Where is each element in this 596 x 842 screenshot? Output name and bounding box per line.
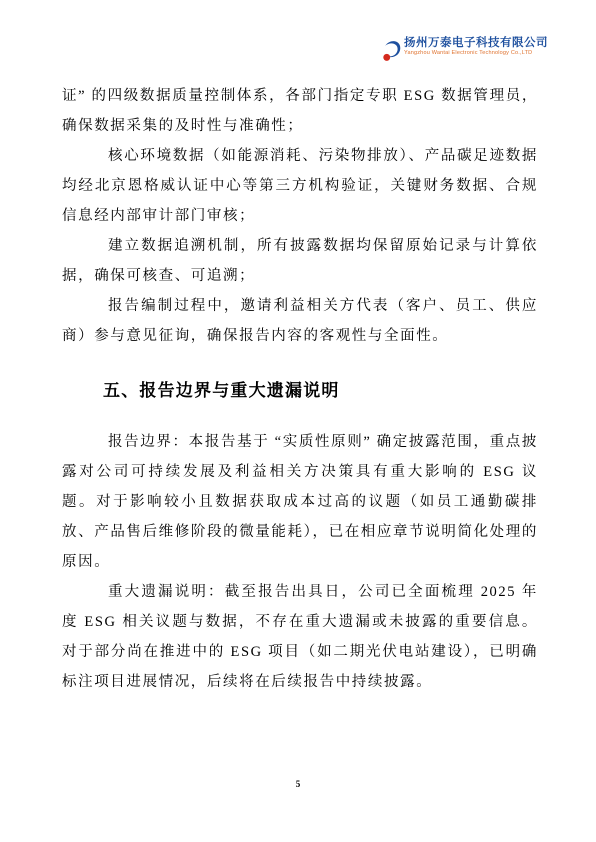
- paragraph: 报告编制过程中，邀请利益相关方代表（客户、员工、供应商）参与意见征询，确保报告内…: [62, 291, 538, 351]
- company-logo: 扬州万泰电子科技有限公司 Yangzhou Wantai Electronic …: [383, 36, 548, 64]
- page-number: 5: [0, 779, 596, 789]
- company-name-en: Yangzhou Wantai Electronic Technology Co…: [404, 50, 548, 57]
- paragraph: 报告边界：本报告基于 “实质性原则” 确定披露范围，重点披露对公司可持续发展及利…: [62, 427, 538, 577]
- logo-swoosh-icon: [383, 38, 401, 64]
- logo-text-block: 扬州万泰电子科技有限公司 Yangzhou Wantai Electronic …: [404, 36, 548, 57]
- company-name: 扬州万泰电子科技有限公司: [404, 36, 548, 50]
- paragraph: 建立数据追溯机制，所有披露数据均保留原始记录与计算依据，确保可核查、可追溯；: [62, 231, 538, 291]
- paragraph: 重大遗漏说明：截至报告出具日，公司已全面梳理 2025 年度 ESG 相关议题与…: [62, 577, 538, 697]
- document-body: 证” 的四级数据质量控制体系，各部门指定专职 ESG 数据管理员，确保数据采集的…: [62, 81, 538, 697]
- section-heading: 五、报告边界与重大遗漏说明: [103, 378, 538, 404]
- paragraph-continued: 证” 的四级数据质量控制体系，各部门指定专职 ESG 数据管理员，确保数据采集的…: [62, 81, 538, 141]
- paragraph: 核心环境数据（如能源消耗、污染物排放）、产品碳足迹数据均经北京恩格威认证中心等第…: [62, 141, 538, 231]
